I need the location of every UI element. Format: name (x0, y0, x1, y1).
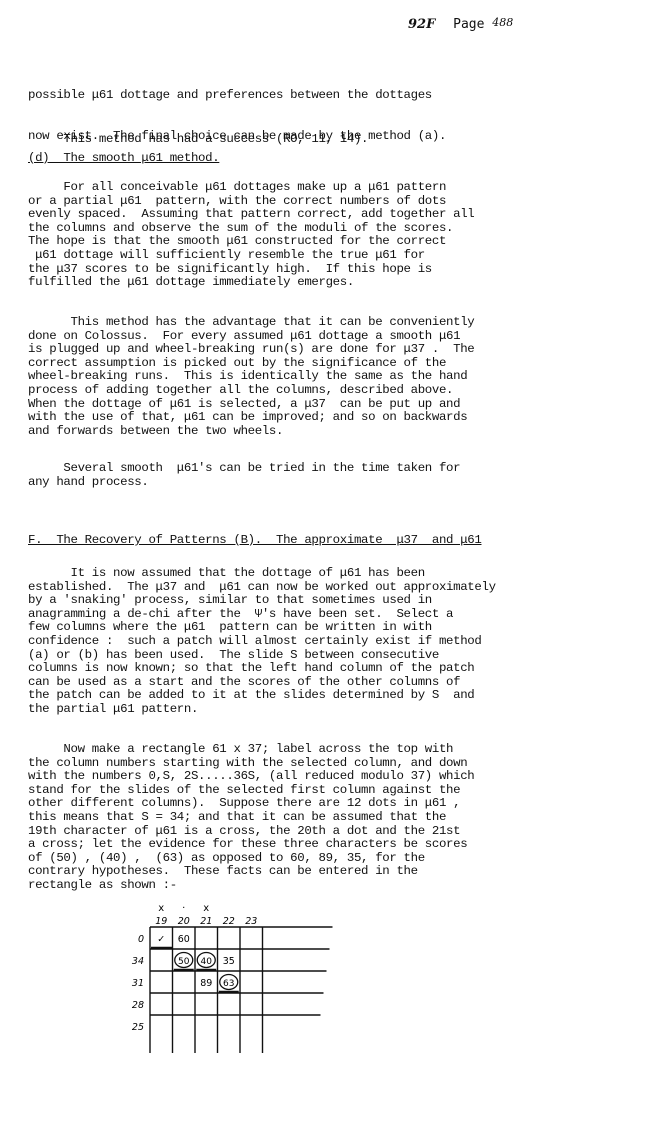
column-header: 19 (155, 916, 167, 927)
column-header: 21 (200, 916, 212, 927)
column-header: 23 (245, 916, 257, 927)
cell-value: 89 (200, 978, 212, 989)
column-mark: · (182, 903, 185, 914)
row-header: 28 (132, 1000, 144, 1011)
scoring-rectangle: x·x1920212223034312825✓605040358963 (0, 0, 650, 1140)
row-header: 0 (138, 934, 144, 945)
cell-value: 63 (223, 979, 234, 989)
column-header: 22 (223, 916, 235, 927)
column-header: 20 (178, 916, 190, 927)
cell-value: 35 (223, 956, 235, 967)
cell-value: ✓ (157, 934, 165, 945)
row-header: 31 (132, 978, 144, 989)
row-header: 25 (132, 1022, 144, 1033)
column-mark: x (158, 903, 164, 914)
cell-value: 50 (178, 957, 190, 967)
cell-value: 40 (201, 957, 213, 967)
cell-value: 60 (178, 934, 190, 945)
column-mark: x (203, 903, 209, 914)
row-header: 34 (132, 956, 144, 967)
